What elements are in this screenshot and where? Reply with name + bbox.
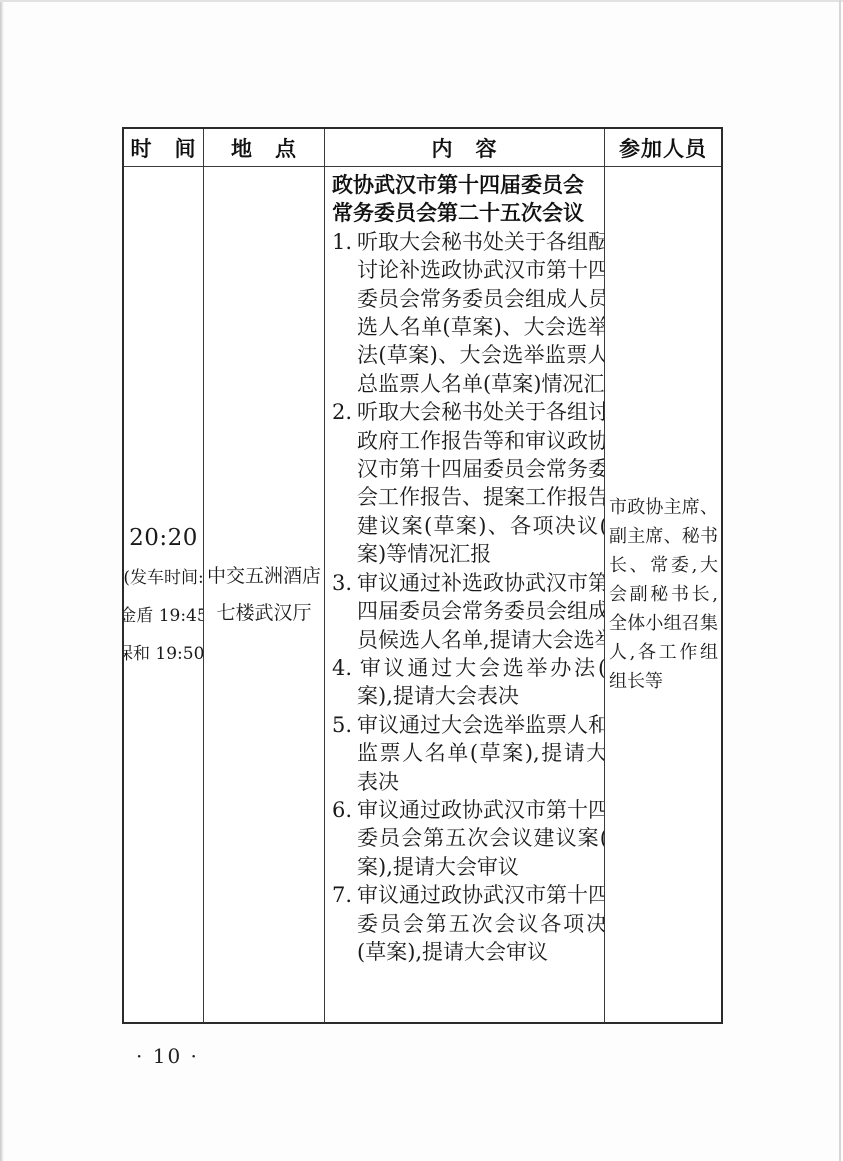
agenda-item-text: 审议通过补选政协武汉市第十四届委员会常务委员会组成人员候选人名单,提请大会选举 xyxy=(357,571,605,652)
location-line: 七楼武汉厅 xyxy=(216,595,311,632)
header-time: 时 间 xyxy=(124,129,204,167)
time-sub-line: 保和 19:50) xyxy=(124,635,204,673)
agenda-item-text: 审议通过大会选举监票人和总监票人名单(草案),提请大会表决 xyxy=(357,713,605,794)
agenda-item-text: 听取大会秘书处关于各组讨论政府工作报告等和审议政协武汉市第十四届委员会常务委员会… xyxy=(357,400,605,566)
agenda-item: 4.审议通过大会选举办法(草案),提请大会表决 xyxy=(332,654,605,711)
agenda-item: 6.审议通过政协武汉市第十四届委员会第五次会议建议案(草案),提请大会审议 xyxy=(332,796,605,881)
agenda-item: 3.审议通过补选政协武汉市第十四届委员会常务委员会组成人员候选人名单,提请大会选… xyxy=(332,569,605,654)
time-sub-line: (发车时间: xyxy=(124,559,204,597)
time-sub-line: 金盾 19:45 xyxy=(124,597,204,635)
location-cell: 中交五洲酒店 七楼武汉厅 xyxy=(204,167,325,1022)
agenda-item: 1.听取大会秘书处关于各组酝酿讨论补选政协武汉市第十四届委员会常务委员会组成人员… xyxy=(332,228,605,398)
participants-cell: 市政协主席、副主席、秘书长、常委,大会副秘书长,全体小组召集人,各工作组组长等 xyxy=(605,167,721,1022)
scan-edge-right xyxy=(839,0,841,1161)
agenda-item-number: 4. xyxy=(332,654,357,682)
time-main: 20:20 xyxy=(129,517,198,559)
agenda-item-number: 3. xyxy=(332,569,357,597)
page-number: · 10 · xyxy=(136,1044,199,1068)
agenda-item-text: 听取大会秘书处关于各组酝酿讨论补选政协武汉市第十四届委员会常务委员会组成人员候选… xyxy=(357,230,605,396)
agenda-item-text: 审议通过政协武汉市第十四届委员会第五次会议建议案(草案),提请大会审议 xyxy=(357,798,605,879)
location-line: 中交五洲酒店 xyxy=(207,558,321,595)
header-participants: 参加人员 xyxy=(605,129,721,167)
agenda-item-number: 5. xyxy=(332,711,357,739)
agenda-item: 5.审议通过大会选举监票人和总监票人名单(草案),提请大会表决 xyxy=(332,711,605,796)
agenda-item: 7.审议通过政协武汉市第十四届委员会第五次会议各项决议(草案),提请大会审议 xyxy=(332,881,605,966)
schedule-table: 时 间 地 点 内 容 参加人员 20:20 (发车时间: 金盾 19:45 保… xyxy=(122,127,723,1024)
scan-edge-left xyxy=(0,0,4,1161)
content-cell: 政协武汉市第十四届委员会常务委员会第二十五次会议 1.听取大会秘书处关于各组酝酿… xyxy=(325,167,605,1022)
header-location: 地 点 xyxy=(204,129,325,167)
scan-edge-top xyxy=(0,0,843,2)
agenda-item: 2.听取大会秘书处关于各组讨论政府工作报告等和审议政协武汉市第十四届委员会常务委… xyxy=(332,398,605,568)
meeting-title: 政协武汉市第十四届委员会常务委员会第二十五次会议 xyxy=(332,171,594,228)
agenda-item-number: 6. xyxy=(332,796,357,824)
agenda-item-number: 2. xyxy=(332,398,357,426)
participants-text: 市政协主席、副主席、秘书长、常委,大会副秘书长,全体小组召集人,各工作组组长等 xyxy=(609,493,718,696)
scanned-document-page: { "page": { "number_label": "· 10 ·" }, … xyxy=(0,0,843,1161)
agenda-item-text: 审议通过政协武汉市第十四届委员会第五次会议各项决议(草案),提请大会审议 xyxy=(357,883,605,964)
header-content: 内 容 xyxy=(325,129,605,167)
agenda-item-number: 7. xyxy=(332,881,357,909)
agenda-item-number: 1. xyxy=(332,228,357,256)
time-cell: 20:20 (发车时间: 金盾 19:45 保和 19:50) xyxy=(124,167,204,1022)
agenda-item-text: 审议通过大会选举办法(草案),提请大会表决 xyxy=(357,656,605,708)
